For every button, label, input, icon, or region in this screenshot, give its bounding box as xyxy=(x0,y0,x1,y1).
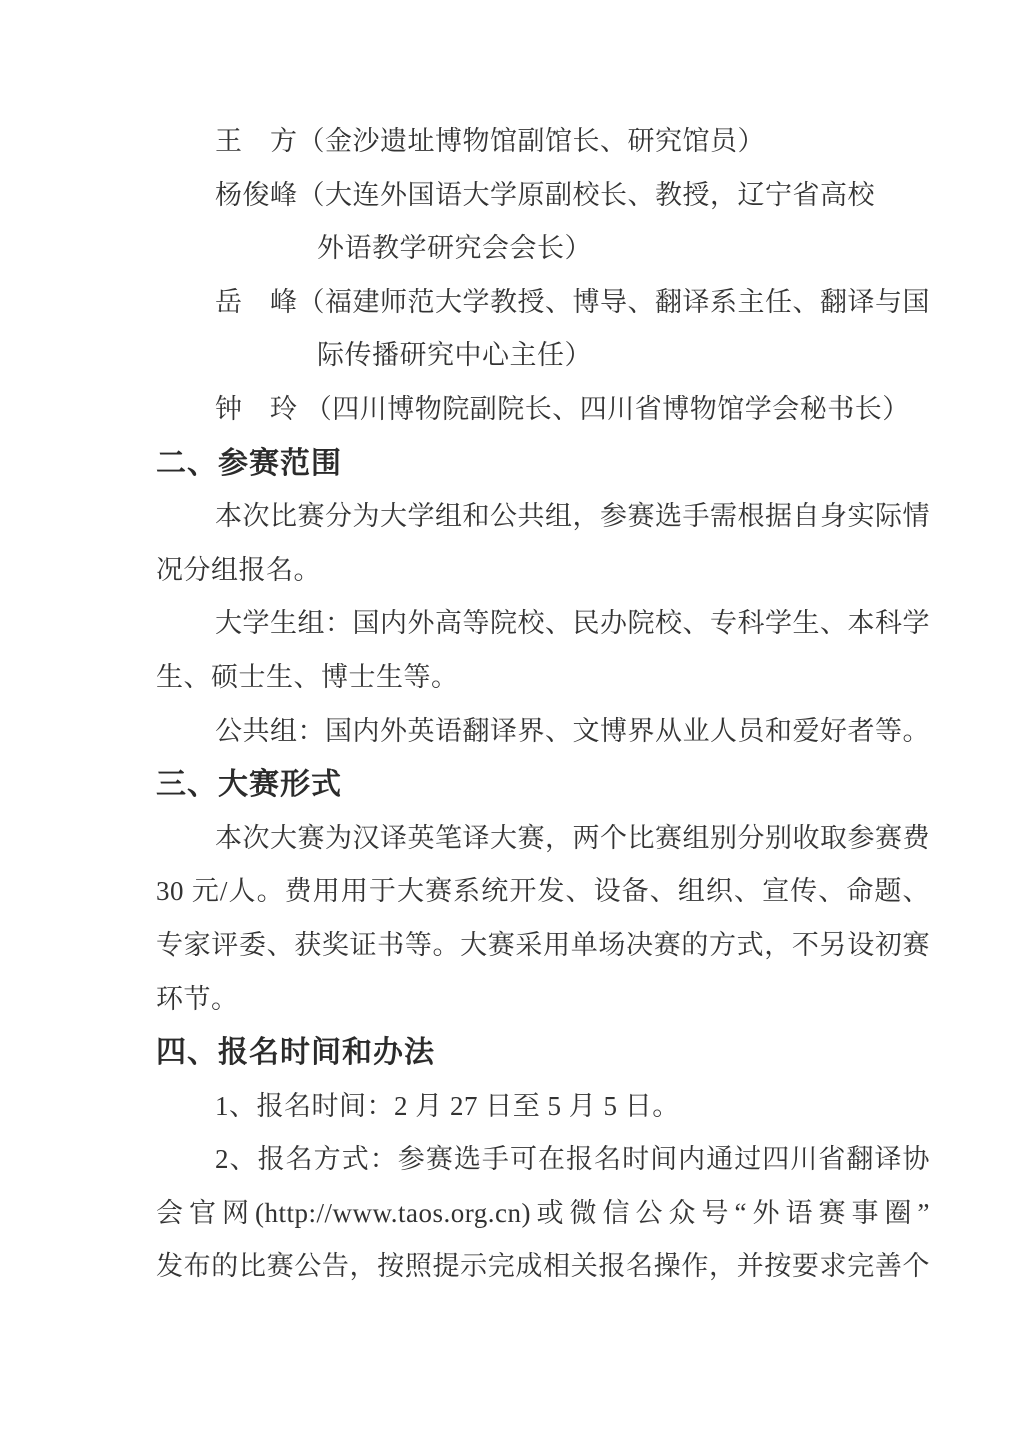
document-line: 发布的比赛公告，按照提示完成相关报名操作，并按要求完善个 xyxy=(156,1240,930,1294)
section-heading: 四、报名时间和办法 xyxy=(156,1026,930,1080)
document-line: 王 方（金沙遗址博物馆副馆长、研究馆员） xyxy=(156,115,930,169)
document-line: 2、报名方式：参赛选手可在报名时间内通过四川省翻译协 xyxy=(156,1133,930,1187)
document-line: 钟 玲 （四川博物院副院长、四川省博物馆学会秘书长） xyxy=(156,383,930,437)
document-page: 王 方（金沙遗址博物馆副馆长、研究馆员）杨俊峰（大连外国语大学原副校长、教授，辽… xyxy=(0,0,1024,1448)
document-line: 1、报名时间：2 月 27 日至 5 月 5 日。 xyxy=(156,1080,930,1134)
document-line: 况分组报名。 xyxy=(156,544,930,598)
document-line: 本次大赛为汉译英笔译大赛，两个比赛组别分别收取参赛费 xyxy=(156,812,930,866)
document-line: 公共组：国内外英语翻译界、文博界从业人员和爱好者等。 xyxy=(156,705,930,759)
section-heading: 三、大赛形式 xyxy=(156,758,930,812)
document-line: 杨俊峰（大连外国语大学原副校长、教授，辽宁省高校 xyxy=(156,169,930,223)
document-line: 外语教学研究会会长） xyxy=(156,222,930,276)
section-heading: 二、参赛范围 xyxy=(156,437,930,491)
document-line: 生、硕士生、博士生等。 xyxy=(156,651,930,705)
document-line: 岳 峰（福建师范大学教授、博导、翻译系主任、翻译与国 xyxy=(156,276,930,330)
document-line: 际传播研究中心主任） xyxy=(156,329,930,383)
document-line: 专家评委、获奖证书等。大赛采用单场决赛的方式，不另设初赛 xyxy=(156,919,930,973)
document-line: 本次比赛分为大学组和公共组，参赛选手需根据自身实际情 xyxy=(156,490,930,544)
document-line: 30 元/人。费用用于大赛系统开发、设备、组织、宣传、命题、 xyxy=(156,865,930,919)
document-content: 王 方（金沙遗址博物馆副馆长、研究馆员）杨俊峰（大连外国语大学原副校长、教授，辽… xyxy=(156,115,930,1294)
document-line: 环节。 xyxy=(156,973,930,1027)
document-line: 会官网(http://www.taos.org.cn)或微信公众号“外语赛事圈” xyxy=(156,1187,930,1241)
document-line: 大学生组：国内外高等院校、民办院校、专科学生、本科学 xyxy=(156,597,930,651)
